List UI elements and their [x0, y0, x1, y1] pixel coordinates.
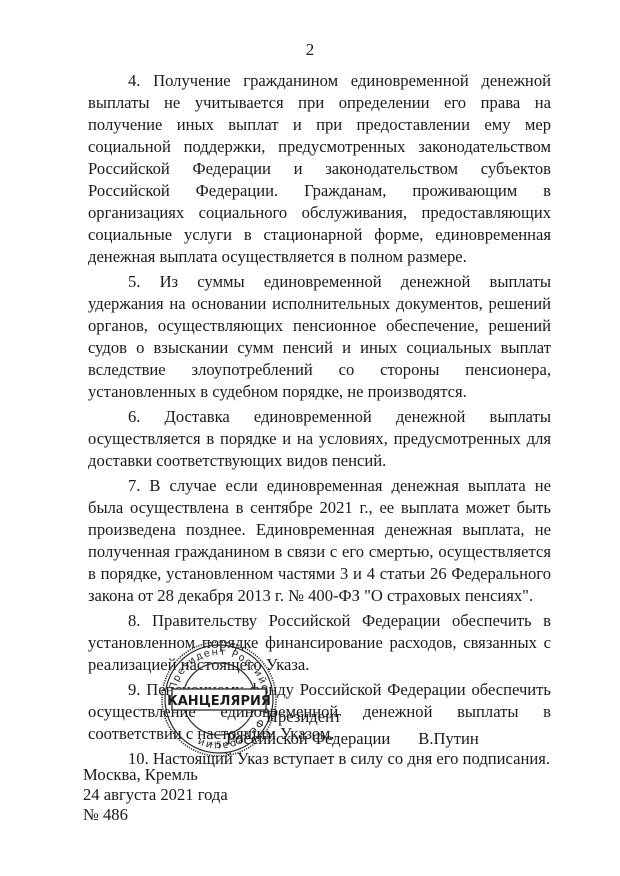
paragraph-5: 5. Из суммы единовременной денежной выпл…	[88, 271, 551, 403]
paragraph-6: 6. Доставка единовременной денежной выпл…	[88, 406, 551, 472]
signature-block: Президент Российской Федерации В.Путин	[226, 706, 479, 750]
paragraph-7: 7. В случае если единовременная денежная…	[88, 475, 551, 607]
paragraph-8: 8. Правительству Российской Федерации об…	[88, 610, 551, 676]
signing-place: Москва, Кремль	[83, 765, 228, 785]
paragraph-4: 4. Получение гражданином единовременной …	[88, 70, 551, 268]
decree-body: 4. Получение гражданином единовременной …	[88, 70, 551, 773]
decree-footer: Москва, Кремль 24 августа 2021 года № 48…	[83, 765, 228, 825]
signing-date: 24 августа 2021 года	[83, 785, 228, 805]
decree-number: № 486	[83, 805, 228, 825]
page-number: 2	[0, 40, 620, 60]
signatory-name: В.Путин	[418, 728, 479, 750]
signature-title-line-2: Российской Федерации	[226, 728, 390, 750]
signature-title-line-1: Президент	[226, 706, 479, 728]
